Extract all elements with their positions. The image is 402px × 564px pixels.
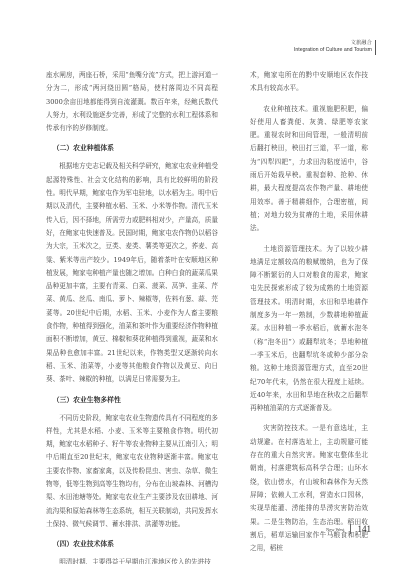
section-heading-biodiversity: （三）农业生物多样性 (46, 394, 218, 406)
paragraph: 座水闸房，两座石桥，采用“鱼嘴分流”方式，把上游河道一分为二，形成“两河绕田圆”… (46, 69, 218, 135)
paragraph: 灾害防控技术。一是有意选址，主动规避。在村落选址上，主动规避可能存在的重大自然灾… (250, 422, 368, 555)
section-heading-technology: （四）农业技术体系 (46, 538, 218, 550)
paragraph: 根据地方史志记载及相关科学研究，鲍家屯农业种植受起源特殊性、社会文化结构的影响，… (46, 160, 218, 386)
footer-divider (350, 524, 351, 534)
left-column: 座水闸房，两座石桥，采用“鱼嘴分流”方式，把上游河道一分为二，形成“两河绕田圆”… (46, 69, 218, 564)
page-number: 141 (357, 524, 371, 534)
paragraph-gap (250, 96, 368, 103)
paragraph: 土地资源管理技术。为了以较少耕地满足定额较高的粮赋缴纳，也为了保障不断繁衍的人口… (250, 243, 368, 416)
paragraph: 不同历史阶段，鲍家屯农业生物遗传具有不同程度的多样性，尤其是水稻、小麦、玉米等主… (46, 412, 218, 532)
header-divider (375, 40, 376, 55)
page-footer: New West 141 (326, 524, 371, 534)
paragraph-gap (250, 236, 368, 243)
paragraph: 明清时期，主要得益于早期由江淮地区传入的先进技 (46, 556, 218, 564)
section-title-cn: 文旅融合 (294, 40, 372, 47)
section-heading-planting: （二）农业种植体系 (46, 142, 218, 154)
paragraph-gap (250, 415, 368, 422)
paragraph: 农业种植技术。重视施肥积肥，偏好使用人畜粪便、灰粪、绿肥等农家肥。重视农时和田间… (250, 103, 368, 236)
paragraph: 术，鲍家屯所在的黔中安顺地区农作技术具有较高水平。 (250, 69, 368, 96)
magazine-name: New West (326, 527, 344, 532)
right-column: 术，鲍家屯所在的黔中安顺地区农作技术具有较高水平。 农业种植技术。重视施肥积肥，… (250, 69, 368, 555)
page-header: 文旅融合 Integration of Culture and Tourism (294, 40, 372, 54)
section-title-en: Integration of Culture and Tourism (294, 47, 372, 54)
